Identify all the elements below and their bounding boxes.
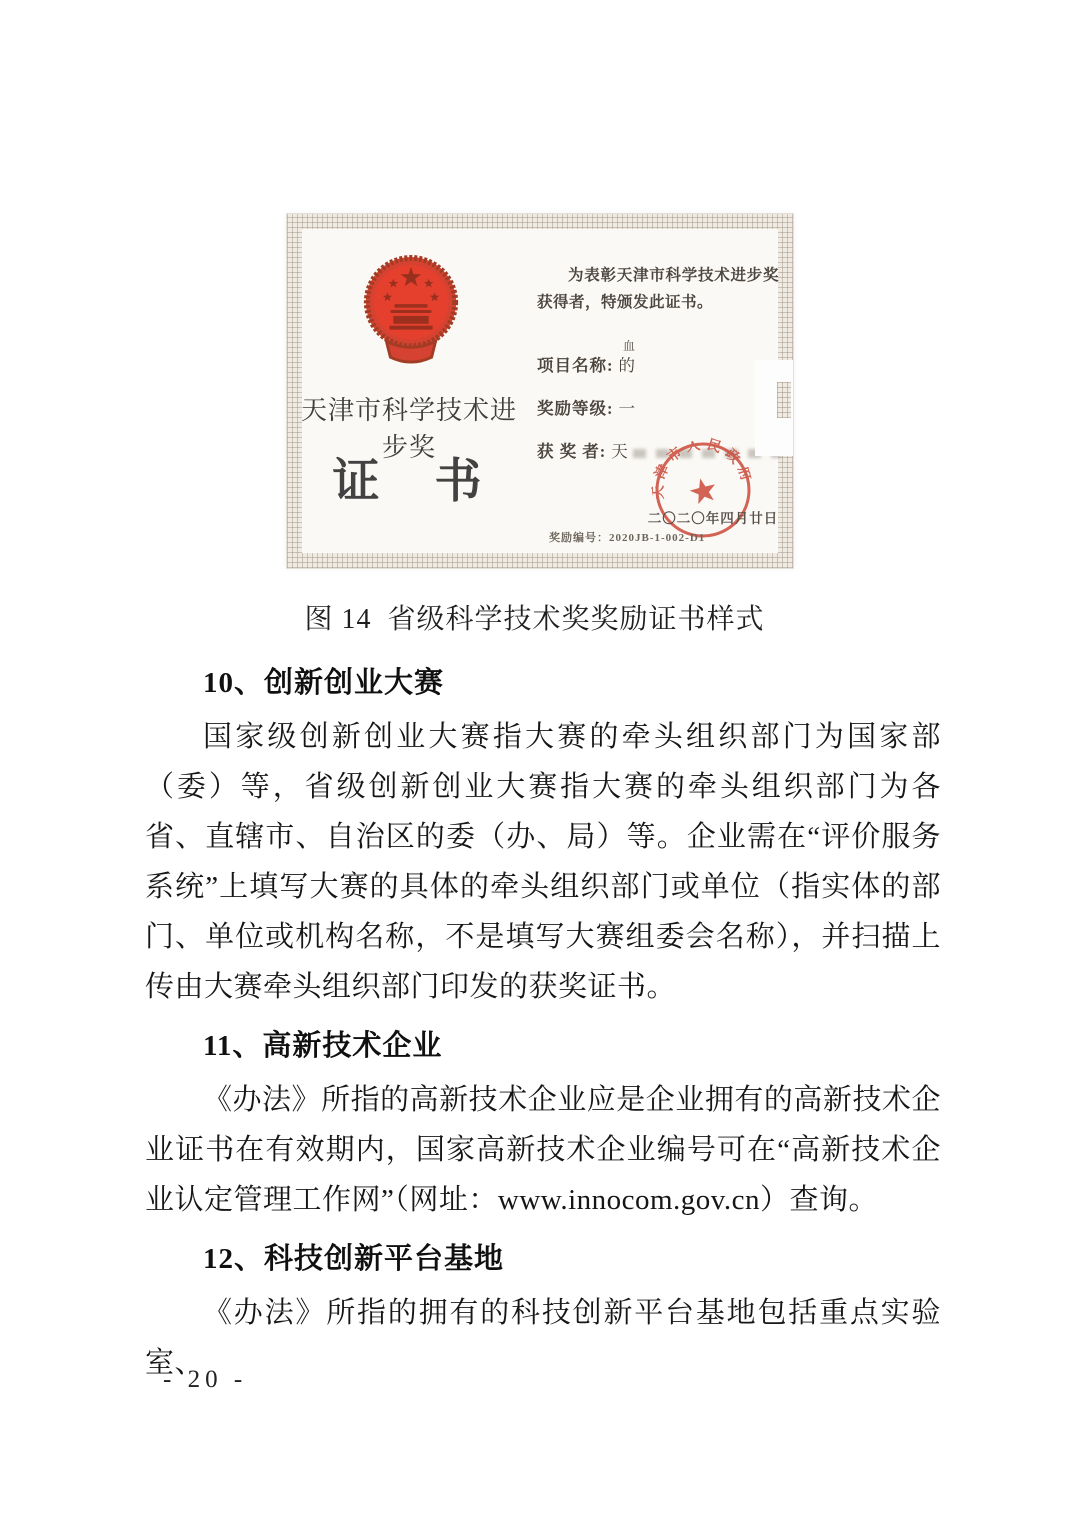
project-name-hint-top: 血 xyxy=(623,337,636,354)
section-paragraph-10: 国家级创新创业大赛指大赛的牵头组织部门为国家部（委）等，省级创新创业大赛指大赛的… xyxy=(145,712,941,1012)
section-heading-10: 10、创新创业大赛 xyxy=(203,661,941,705)
certificate-award-number: 奖励编号：2020JB-1-002-D1 xyxy=(549,529,705,545)
project-name-label: 项目名称: xyxy=(537,356,614,375)
certificate-photo: 天津市科学技术进步奖 证 书 为表彰天津市科学技术进步奖获得者，特颁发此证书。 … xyxy=(287,214,793,568)
project-name-value: 的 xyxy=(619,356,637,375)
section-paragraph-11: 《办法》所指的高新技术企业应是企业拥有的高新技术企业证书在有效期内，国家高新技术… xyxy=(145,1075,941,1225)
section-paragraph-12: 《办法》所指的拥有的科技创新平台基地包括重点实验室、 xyxy=(145,1288,941,1388)
certificate-intro: 为表彰天津市科学技术进步奖获得者，特颁发此证书。 xyxy=(537,262,779,316)
document-page: 天津市科学技术进步奖 证 书 为表彰天津市科学技术进步奖获得者，特颁发此证书。 … xyxy=(0,0,1069,1520)
award-grade-value: 一 xyxy=(619,399,637,418)
winner-value: 天 xyxy=(611,442,629,461)
section-heading-12: 12、科技创新平台基地 xyxy=(203,1237,941,1281)
certificate-field-award-grade: 奖励等级:一 xyxy=(537,395,636,419)
border-fragment xyxy=(777,382,791,418)
certificate-title: 证 书 xyxy=(293,444,525,511)
national-emblem-icon xyxy=(357,252,465,370)
figure-caption: 图 14 省级科学技术奖奖励证书样式 xyxy=(0,597,1069,637)
document-body: 10、创新创业大赛 国家级创新创业大赛指大赛的牵头组织部门为国家部（委）等，省级… xyxy=(145,661,941,1398)
section-heading-11: 11、高新技术企业 xyxy=(203,1024,941,1068)
certificate-date: 二〇二〇年四月廿日 xyxy=(635,507,791,527)
winner-label: 获 奖 者: xyxy=(537,442,606,461)
page-number: - 20 - xyxy=(163,1366,247,1394)
award-grade-label: 奖励等级: xyxy=(537,399,614,418)
certificate-field-project-name: 血 项目名称:的 xyxy=(537,352,636,376)
